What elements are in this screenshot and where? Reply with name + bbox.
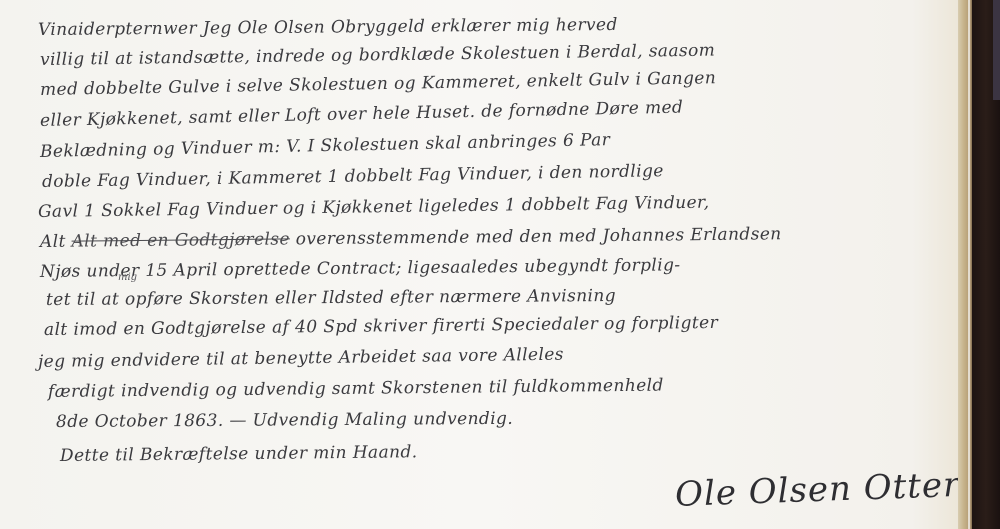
text-line-4: eller Kjøkkenet, samt eller Loft over he… bbox=[40, 98, 684, 131]
text-line-8-rest: overensstemmende med den med Johannes Er… bbox=[296, 224, 782, 249]
struck-text: Alt med en Godtgjørelse bbox=[71, 229, 290, 251]
inserted-word: mig bbox=[118, 272, 137, 283]
text-line-13: færdigt indvendig og udvendig samt Skors… bbox=[48, 376, 664, 402]
text-line-11: alt imod en Godtgjørelse af 40 Spd skriv… bbox=[44, 313, 718, 340]
text-line-1: Vinaiderpternwer Jeg Ole Olsen Obryggeld… bbox=[38, 15, 618, 40]
manuscript-page: Vinaiderpternwer Jeg Ole Olsen Obryggeld… bbox=[0, 0, 960, 529]
binding-corner bbox=[993, 0, 1000, 100]
text-line-5: Beklædning og Vinduer m: V. I Skolestuen… bbox=[40, 130, 611, 162]
text-line-3: med dobbelte Gulve i selve Skolestuen og… bbox=[40, 68, 716, 100]
text-line-8: Alt Alt med en Godtgjørelse overensstemm… bbox=[40, 224, 782, 252]
text-line-12: jeg mig endvidere til at beneytte Arbeid… bbox=[38, 345, 564, 372]
text-line-7: Gavl 1 Sokkel Fag Vinduer og i Kjøkkenet… bbox=[38, 193, 710, 222]
text-line-15: Dette til Bekræftelse under min Haand. bbox=[60, 442, 418, 466]
text-line-2: villig til at istandsætte, indrede og bo… bbox=[40, 41, 715, 70]
text-line-14: 8de October 1863. — Udvendig Maling undv… bbox=[56, 409, 513, 432]
alt-word: Alt bbox=[40, 232, 72, 252]
text-line-6: doble Fag Vinduer, i Kammeret 1 dobbelt … bbox=[42, 161, 664, 192]
text-line-10: tet til at opføre Skorsten eller Ildsted… bbox=[46, 286, 616, 310]
signature: Ole Olsen Ottergjelde bbox=[674, 461, 1000, 515]
gutter-edge bbox=[968, 0, 970, 529]
